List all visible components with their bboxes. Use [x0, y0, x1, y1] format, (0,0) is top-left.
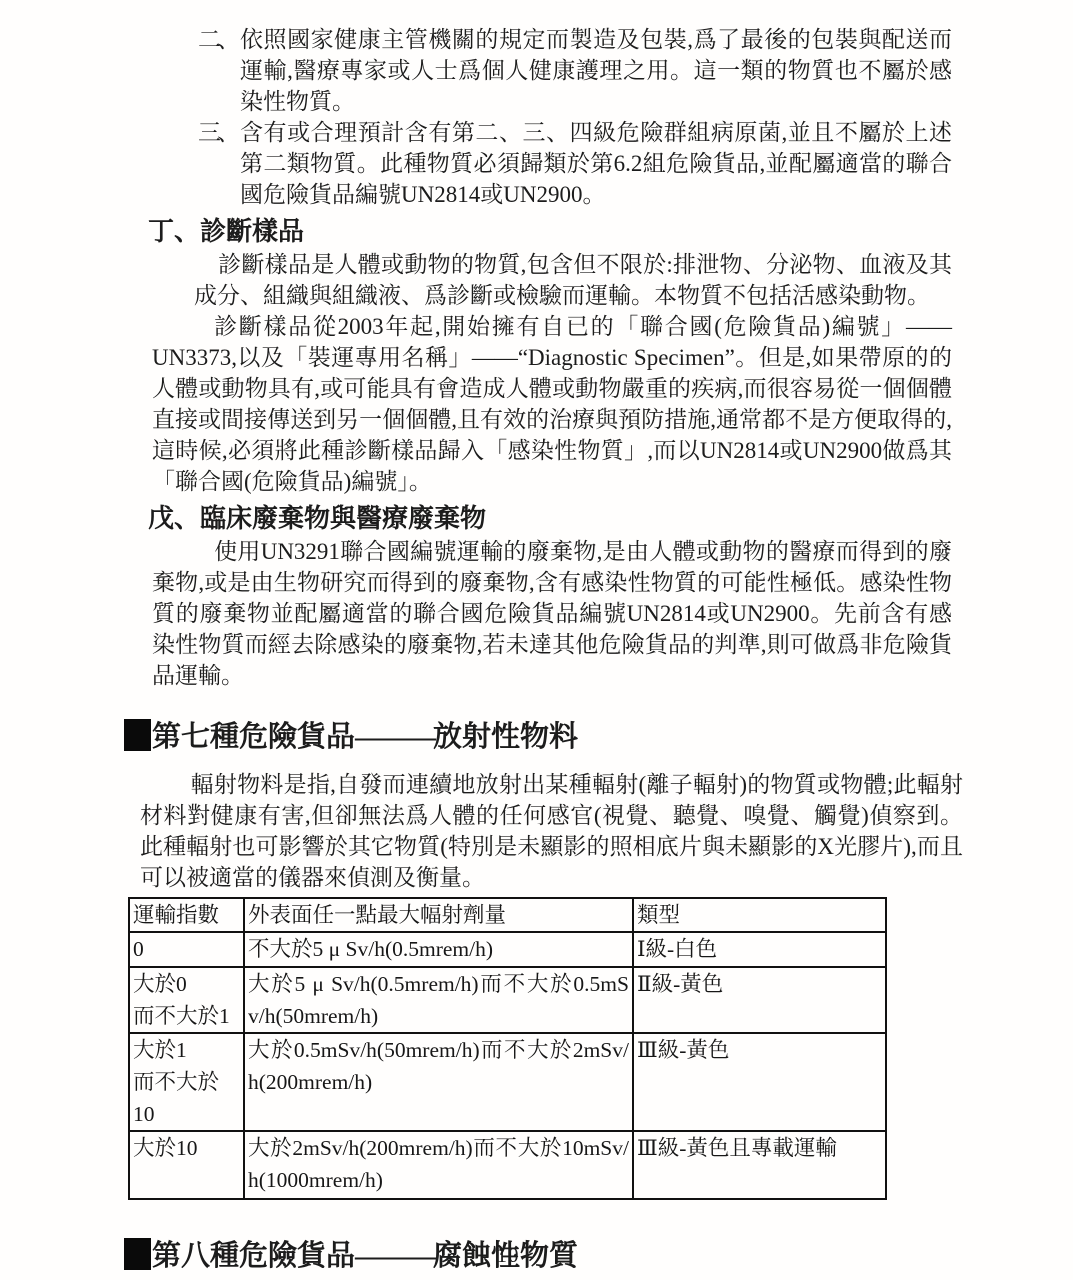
page-number: - 10 - — [0, 1243, 1016, 1268]
numbered-list: 二、 依照國家健康主管機關的規定而製造及包裝,爲了最後的包裝與配送而運輸,醫療專… — [198, 24, 952, 210]
table-cell: 大於0 而不大於1 — [129, 967, 244, 1033]
table-cell: 大於2mSv/h(200mrem/h)而不大於10mSv/h(1000mrem/… — [244, 1131, 633, 1199]
column-header-transport-index: 運輸指數 — [129, 898, 244, 932]
section-title-text: 第七種危險貨品 — [152, 721, 355, 753]
table-cell: 大於10 — [129, 1131, 244, 1199]
table-cell: Ⅰ級-白色 — [633, 932, 886, 967]
list-item-marker: 二、 — [198, 24, 240, 55]
section-bullet-icon — [124, 719, 151, 751]
section-title-suffix: 放射性物料 — [433, 721, 578, 753]
document-page: 二、 依照國家健康主管機關的規定而製造及包裝,爲了最後的包裝與配送而運輸,醫療專… — [0, 0, 1073, 1280]
table-cell: 0 — [129, 932, 244, 967]
table-cell: 大於0.5mSv/h(50mrem/h)而不大於2mSv/h(200mrem/h… — [244, 1033, 633, 1131]
list-item-marker: 三、 — [198, 117, 240, 148]
list-item-text: 含有或合理預計含有第二、三、四級危險群組病原菌,並且不屬於上述第二類物質。此種物… — [240, 120, 952, 207]
paragraph-radioactive: 輻射物料是指,自發而連續地放射出某種輻射(離子輻射)的物質或物體;此輻射材料對健… — [140, 769, 963, 893]
list-item: 二、 依照國家健康主管機關的規定而製造及包裝,爲了最後的包裝與配送而運輸,醫療專… — [198, 24, 952, 117]
heading-diagnostic-specimen: 丁、診斷樣品 — [148, 214, 952, 249]
paragraph-diagnostic-1: 診斷樣品是人體或動物的物質,包含但不限於:排泄物、分泌物、血液及其成分、組織與組… — [194, 249, 952, 311]
table-row: 大於0 而不大於1 大於5 μ Sv/h(0.5mrem/h)而不大於0.5mS… — [129, 967, 886, 1033]
table-row: 0 不大於5 μ Sv/h(0.5mrem/h) Ⅰ級-白色 — [129, 932, 886, 967]
paragraph-clinical-waste: 使用UN3291聯合國編號運輸的廢棄物,是由人體或動物的醫療而得到的廢棄物,或是… — [152, 536, 952, 691]
table-cell: 不大於5 μ Sv/h(0.5mrem/h) — [244, 932, 633, 967]
title-dash: ——— — [355, 721, 433, 753]
table-cell: Ⅲ級-黃色且專載運輸 — [633, 1131, 886, 1199]
table-cell: 大於5 μ Sv/h(0.5mrem/h)而不大於0.5mSv/h(50mrem… — [244, 967, 633, 1033]
table-cell: Ⅱ級-黃色 — [633, 967, 886, 1033]
column-header-type: 類型 — [633, 898, 886, 932]
list-item: 三、 含有或合理預計含有第二、三、四級危險群組病原菌,並且不屬於上述第二類物質。… — [198, 117, 952, 210]
table-header-row: 運輸指數 外表面任一點最大幅射劑量 類型 — [129, 898, 886, 932]
list-item-text: 依照國家健康主管機關的規定而製造及包裝,爲了最後的包裝與配送而運輸,醫療專家或人… — [240, 27, 952, 114]
paragraph-diagnostic-2: 診斷樣品從2003年起,開始擁有自已的「聯合國(危險貨品)編號」——UN3373… — [152, 311, 952, 497]
table-cell: Ⅲ級-黃色 — [633, 1033, 886, 1131]
table-row: 大於1 而不大於10 大於0.5mSv/h(50mrem/h)而不大於2mSv/… — [129, 1033, 886, 1131]
heading-clinical-waste: 戊、臨床廢棄物與醫療廢棄物 — [148, 501, 952, 536]
table-row: 大於10 大於2mSv/h(200mrem/h)而不大於10mSv/h(1000… — [129, 1131, 886, 1199]
radiation-dose-table: 運輸指數 外表面任一點最大幅射劑量 類型 0 不大於5 μ Sv/h(0.5mr… — [128, 897, 887, 1200]
column-header-max-dose: 外表面任一點最大幅射劑量 — [244, 898, 633, 932]
section-title-class7: 第七種危險貨品———放射性物料 — [124, 717, 1013, 757]
table-cell: 大於1 而不大於10 — [129, 1033, 244, 1131]
